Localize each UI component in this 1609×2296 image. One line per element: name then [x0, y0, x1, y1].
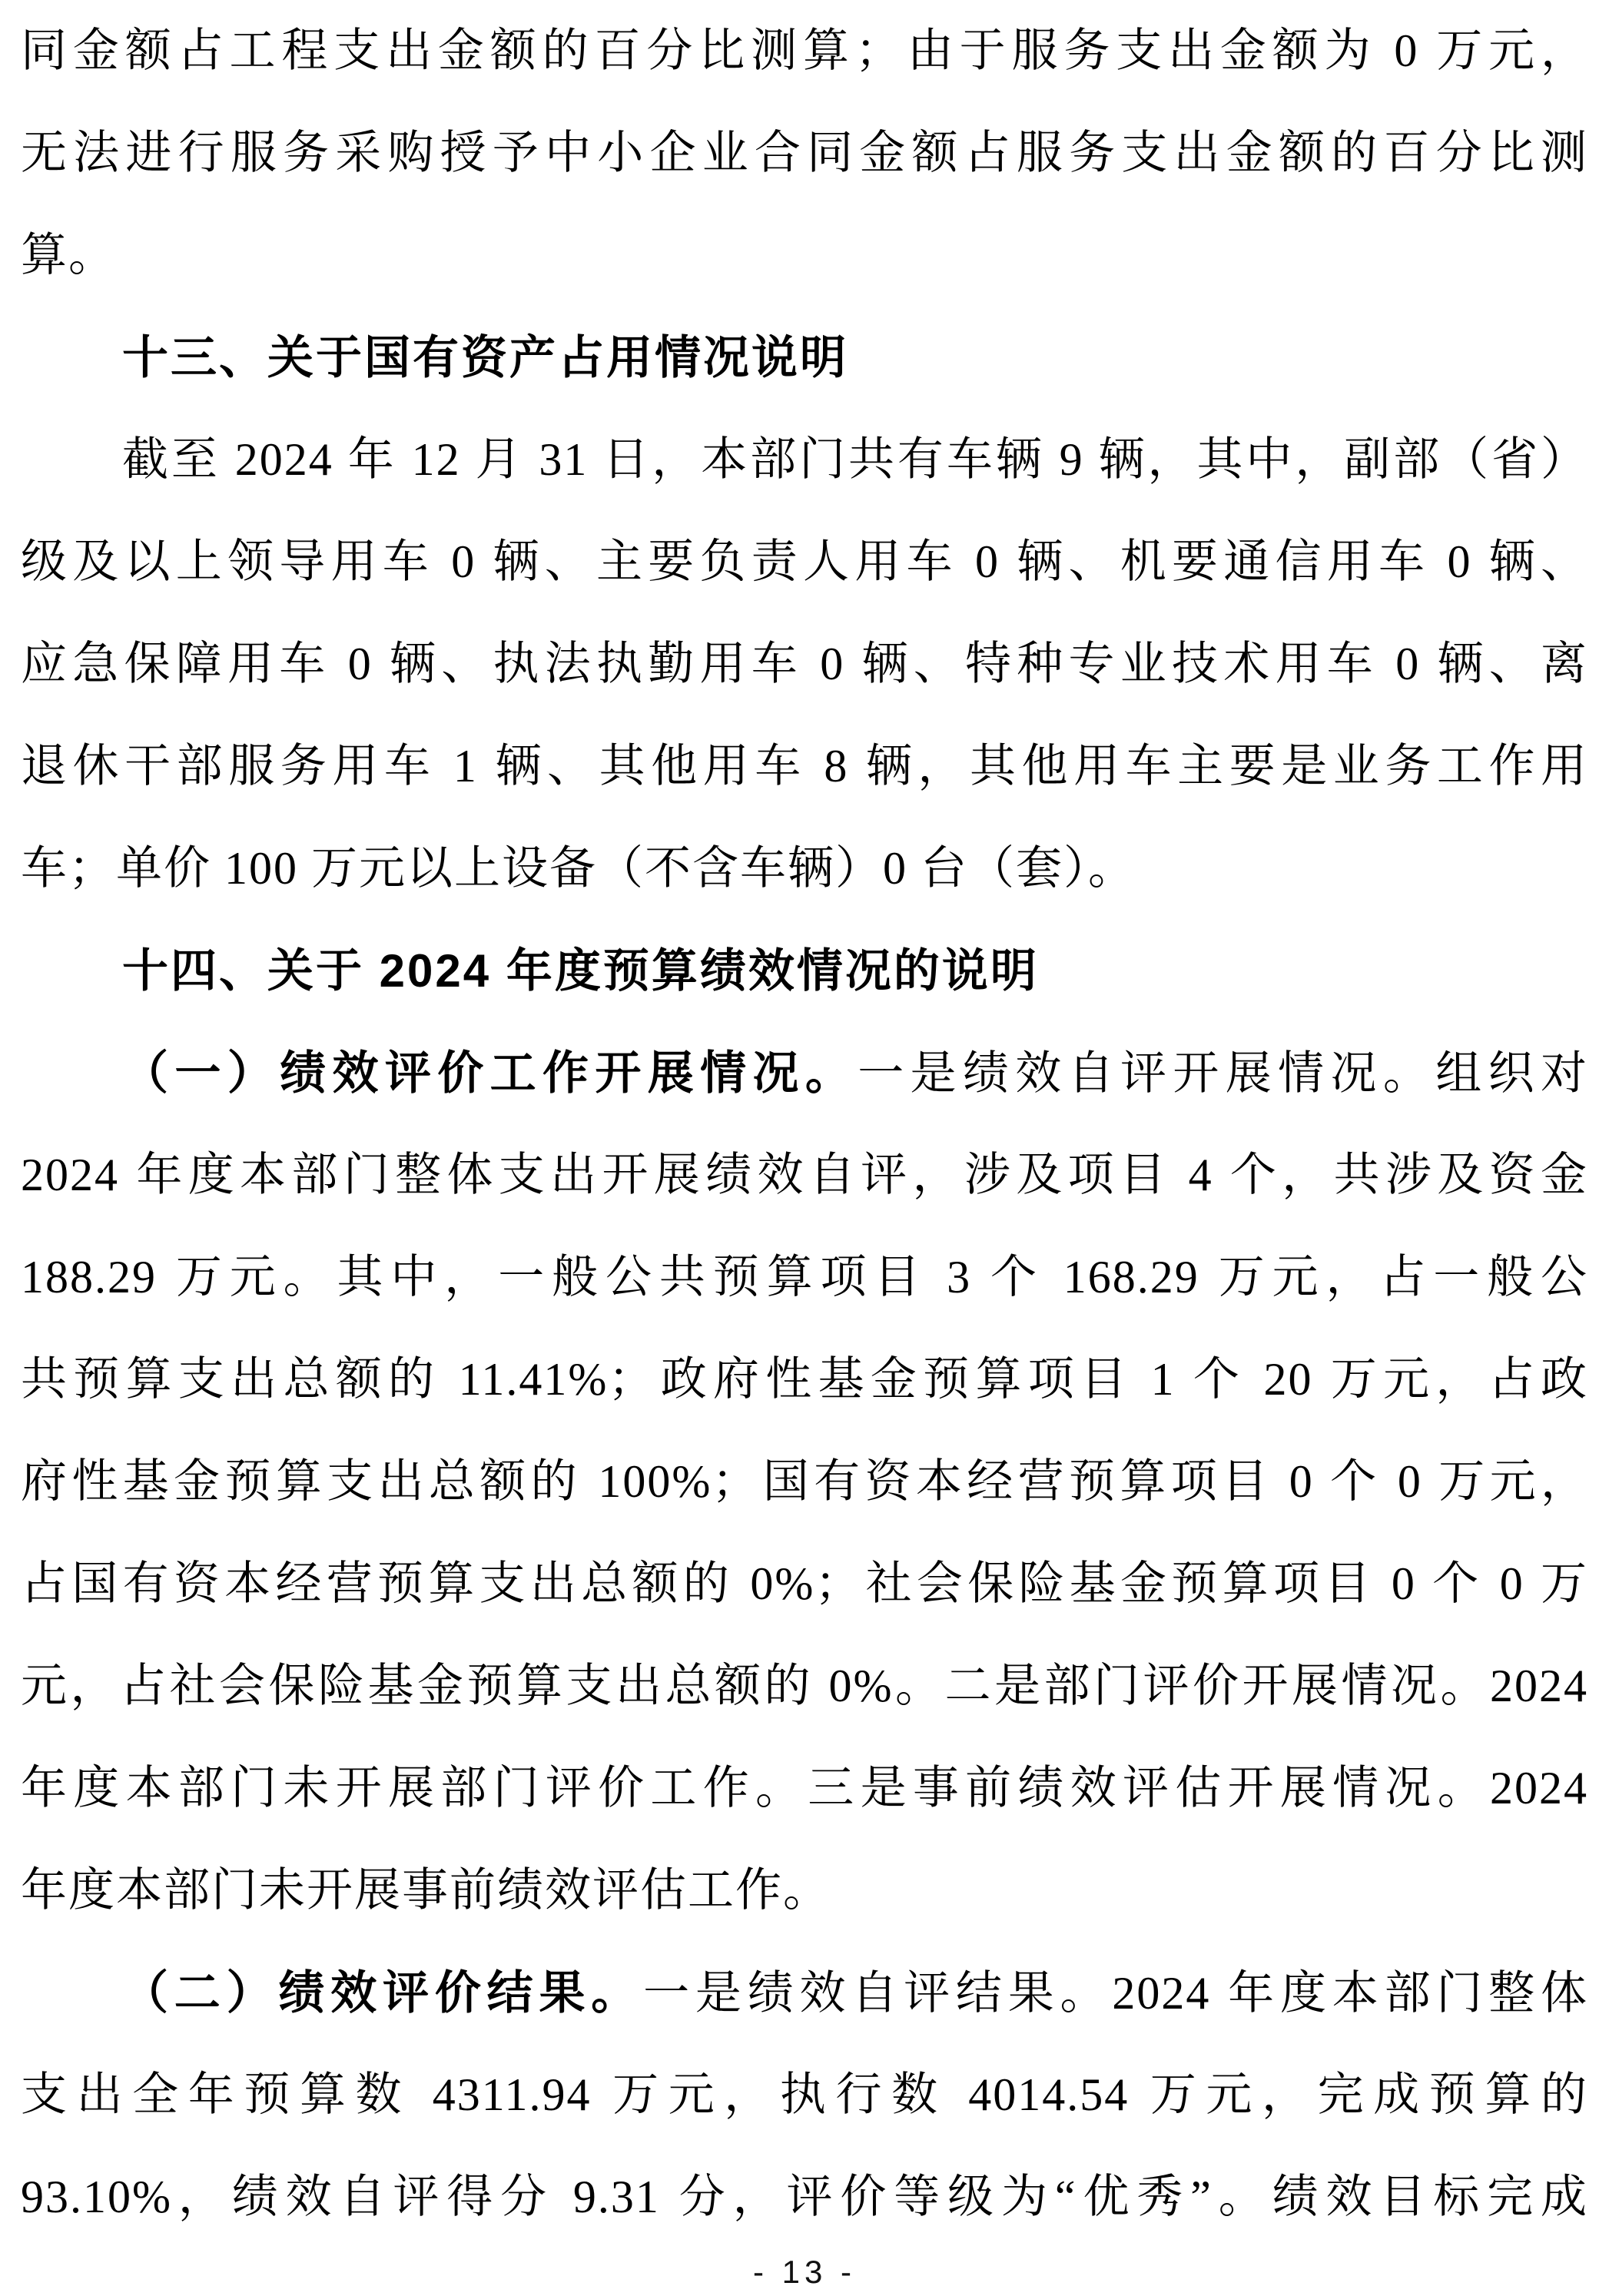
body-line-13: 188.29 万元。其中，一般公共预算项目 3 个 168.29 万元，占一般公 — [21, 1226, 1588, 1329]
page-number: - 13 - — [21, 2248, 1588, 2296]
body-line-19: 年度本部门未开展事前绩效评估工作。 — [21, 1840, 1588, 1942]
document-page: 同金额占工程支出金额的百分比测算；由于服务支出金额为 0 万元， 无法进行服务采… — [0, 0, 1609, 2296]
body-line-20: （二）绩效评价结果。一是绩效自评结果。2024 年度本部门整体 — [21, 1942, 1588, 2044]
body-line-05: 截至 2024 年 12 月 31 日，本部门共有车辆 9 辆，其中，副部（省） — [21, 409, 1588, 511]
body-line-01: 同金额占工程支出金额的百分比测算；由于服务支出金额为 0 万元， — [21, 0, 1588, 102]
body-line-07: 应急保障用车 0 辆、执法执勤用车 0 辆、特种专业技术用车 0 辆、离 — [21, 613, 1588, 715]
section-13-heading: 十三、关于国有资产占用情况说明 — [21, 307, 1588, 409]
body-line-18: 年度本部门未开展部门评价工作。三是事前绩效评估开展情况。2024 — [21, 1737, 1588, 1840]
body-line-03: 算。 — [21, 204, 1588, 307]
body-line-08: 退休干部服务用车 1 辆、其他用车 8 辆，其他用车主要是业务工作用 — [21, 715, 1588, 818]
subsection-2-heading: （二）绩效评价结果。 — [122, 1967, 643, 2019]
body-line-14: 共预算支出总额的 11.41%；政府性基金预算项目 1 个 20 万元，占政 — [21, 1329, 1588, 1431]
body-line-02: 无法进行服务采购授予中小企业合同金额占服务支出金额的百分比测 — [21, 102, 1588, 204]
document-body: 同金额占工程支出金额的百分比测算；由于服务支出金额为 0 万元， 无法进行服务采… — [21, 0, 1588, 2296]
body-line-09: 车；单价 100 万元以上设备（不含车辆）0 台（套）。 — [21, 818, 1588, 920]
subsection-2-text: 一是绩效自评结果。2024 年度本部门整体 — [643, 1968, 1588, 2019]
body-line-22: 93.10%，绩效自评得分 9.31 分，评价等级为“优秀”。绩效目标完成 — [21, 2146, 1588, 2248]
body-line-16: 占国有资本经营预算支出总额的 0%；社会保险基金预算项目 0 个 0 万 — [21, 1533, 1588, 1635]
body-line-11: （一）绩效评价工作开展情况。一是绩效自评开展情况。组织对 — [21, 1022, 1588, 1124]
section-14-heading: 十四、关于 2024 年度预算绩效情况的说明 — [21, 920, 1588, 1022]
body-line-21: 支出全年预算数 4311.94 万元，执行数 4014.54 万元，完成预算的 — [21, 2044, 1588, 2146]
body-line-06: 级及以上领导用车 0 辆、主要负责人用车 0 辆、机要通信用车 0 辆、 — [21, 511, 1588, 613]
body-line-15: 府性基金预算支出总额的 100%；国有资本经营预算项目 0 个 0 万元， — [21, 1431, 1588, 1533]
body-line-12: 2024 年度本部门整体支出开展绩效自评，涉及项目 4 个，共涉及资金 — [21, 1124, 1588, 1226]
subsection-1-text: 一是绩效自评开展情况。组织对 — [858, 1048, 1588, 1099]
body-line-17: 元，占社会保险基金预算支出总额的 0%。二是部门评价开展情况。2024 — [21, 1635, 1588, 1737]
subsection-1-heading: （一）绩效评价工作开展情况。 — [122, 1047, 858, 1099]
